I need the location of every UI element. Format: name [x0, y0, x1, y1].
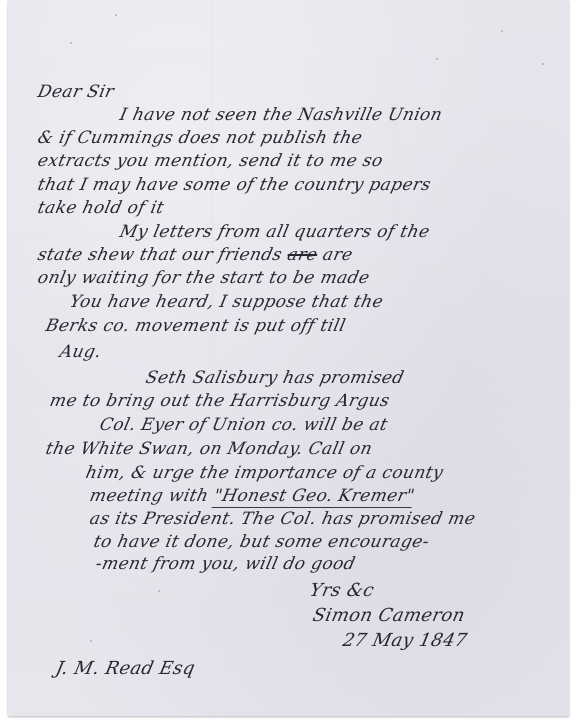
letter-line: take hold of it — [36, 198, 166, 218]
letter-scan: Dear Sir I have not seen the Nashville U… — [0, 0, 576, 725]
paper-speck — [90, 640, 92, 642]
quoted-name-underlined: "Honest Geo. Kremer" — [212, 486, 417, 508]
letter-line: me to bring out the Harrisburg Argus — [48, 391, 392, 411]
paper-speck — [115, 14, 117, 16]
paper-speck — [501, 30, 503, 32]
letter-line: only waiting for the start to be made — [36, 268, 372, 288]
letter-line: extracts you mention, send it to me so — [36, 151, 385, 171]
letter-line: I have not seen the Nashville Union — [118, 105, 444, 125]
paper-speck — [542, 63, 544, 65]
letter-line: Berks co. movement is put off till — [44, 316, 348, 336]
letter-line: Col. Eyer of Union co. will be at — [98, 415, 390, 435]
closing: Yrs &c — [308, 580, 376, 601]
letter-line-text: state shew that our friends — [36, 245, 284, 265]
letter-date: 27 May 1847 — [341, 630, 469, 651]
letter-line: Seth Salisbury has promised — [144, 368, 406, 388]
letter-line: -ment from you, will do good — [94, 554, 357, 574]
signature: Simon Cameron — [311, 605, 467, 626]
paper-speck — [70, 42, 72, 44]
letter-line: that I may have some of the country pape… — [36, 175, 433, 195]
letter-line: meeting with "Honest Geo. Kremer" — [88, 486, 417, 506]
letter-line: You have heard, I suppose that the — [68, 292, 385, 312]
addressee: J. M. Read Esq — [54, 658, 197, 679]
letter-line-tail: are — [321, 245, 355, 265]
struck-word: are — [285, 245, 319, 265]
letter-line: as its President. The Col. has promised … — [88, 509, 478, 529]
salutation: Dear Sir — [36, 82, 116, 102]
letter-paper: Dear Sir I have not seen the Nashville U… — [8, 0, 569, 716]
letter-line: Aug. — [58, 342, 103, 362]
paper-speck — [436, 58, 438, 60]
paper-speck — [158, 590, 160, 592]
letter-line: state shew that our friends are are — [36, 245, 355, 265]
letter-line: the White Swan, on Monday. Call on — [44, 439, 374, 459]
letter-line: him, & urge the importance of a county — [84, 463, 445, 483]
letter-line: My letters from all quarters of the — [118, 222, 432, 242]
letter-line-text: meeting with — [88, 486, 211, 506]
letter-line: to have it done, but some encourage- — [92, 532, 431, 552]
letter-line: & if Cummings does not publish the — [36, 128, 364, 148]
